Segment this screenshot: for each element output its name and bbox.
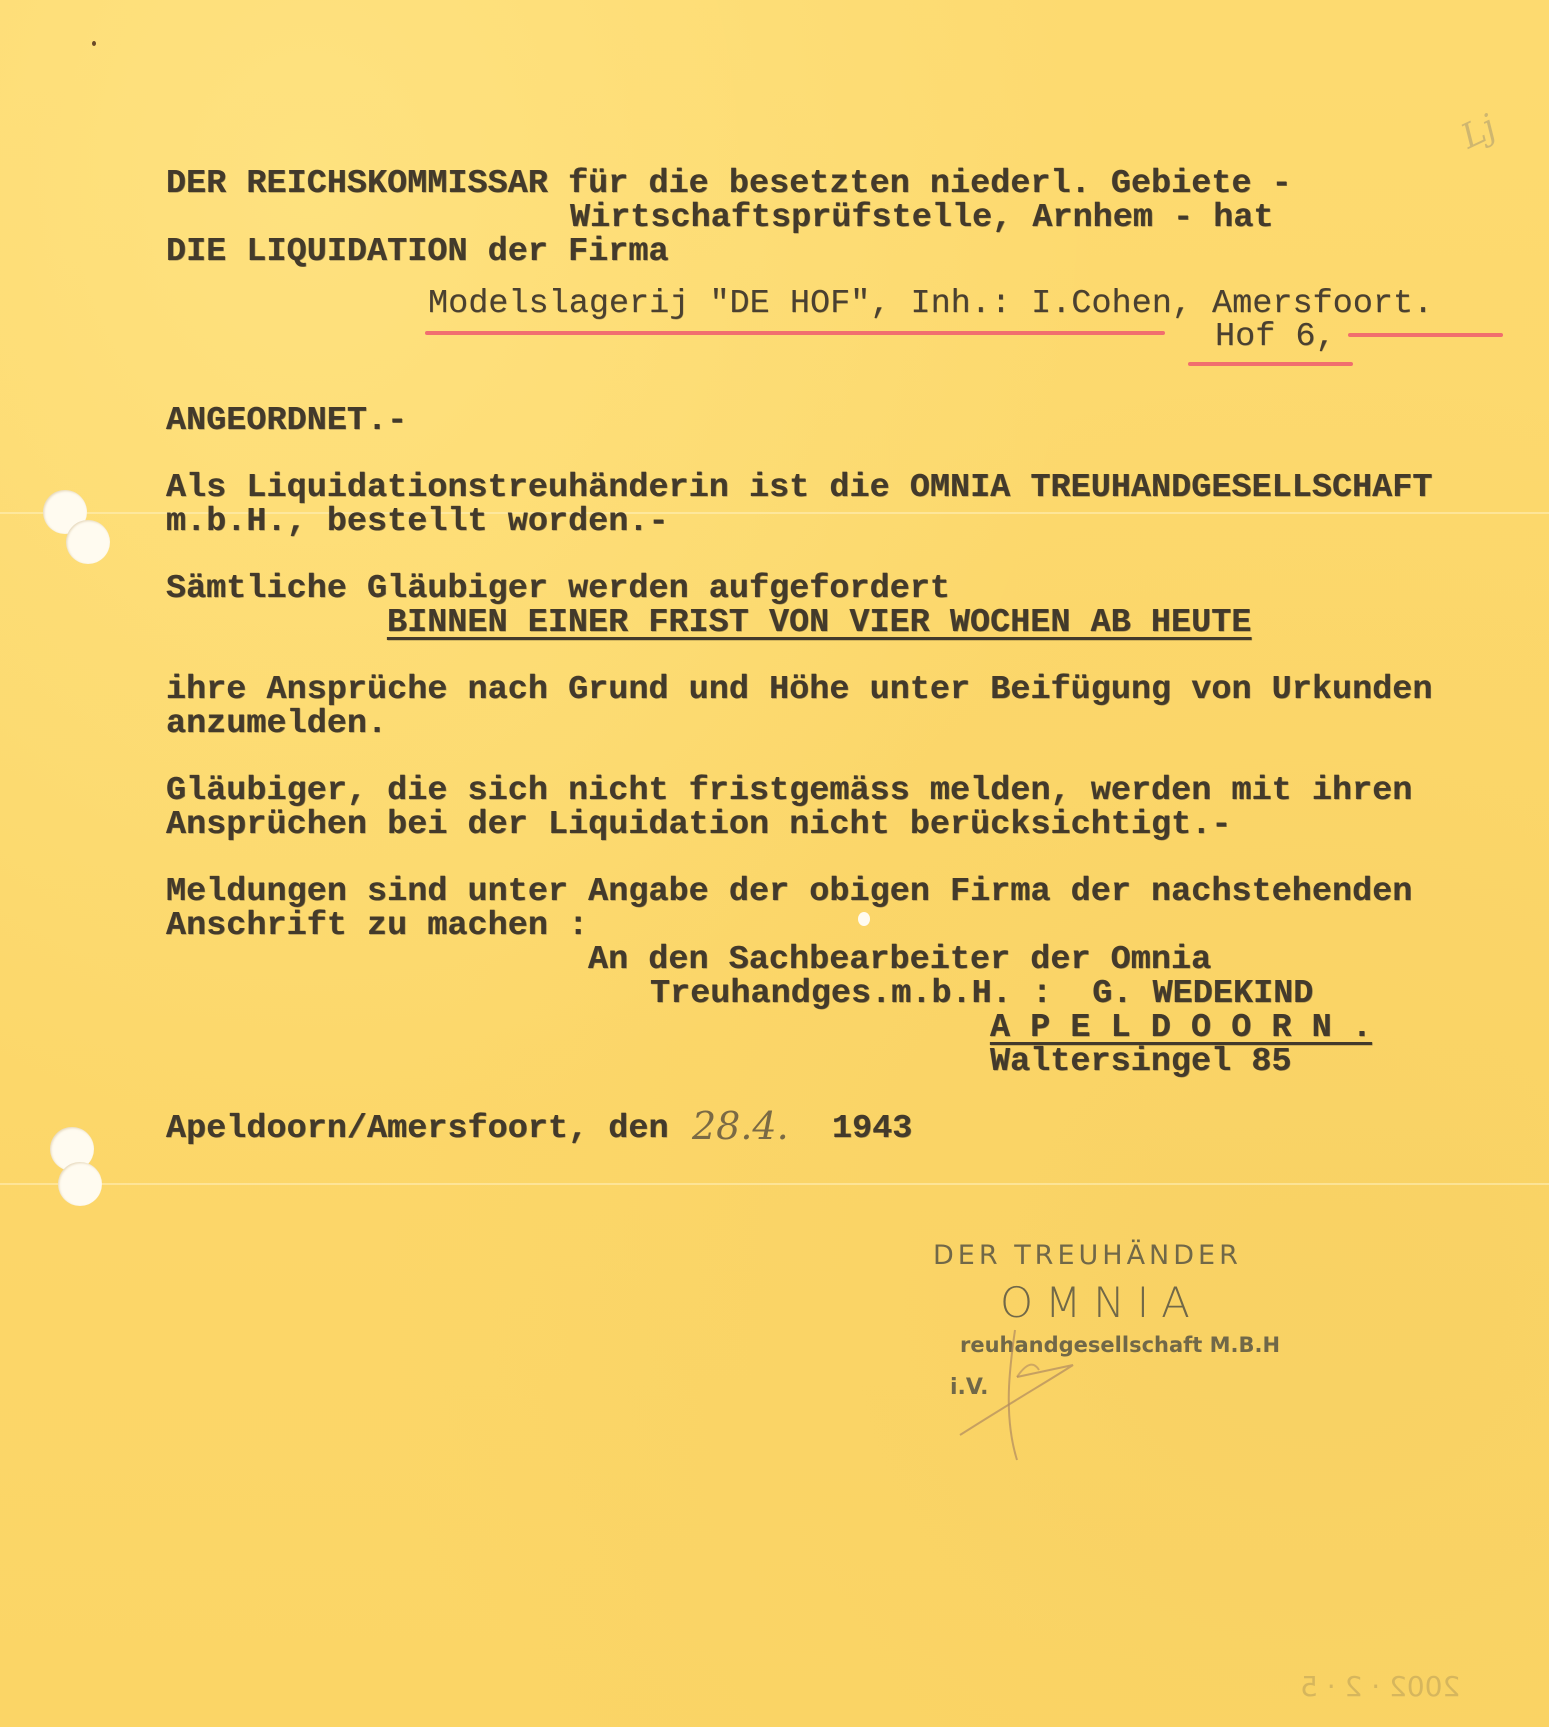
stamp-line-2: OMNIA [1000,1278,1202,1327]
header-line-2: Wirtschaftsprüfstelle, Arnhem - hat [570,201,1274,235]
paper-fold-lower [0,1183,1549,1185]
header-line-3: DIE LIQUIDATION der Firma [166,235,669,269]
date-prefix: Apeldoorn/Amersfoort, den [166,1112,669,1146]
ordered-heading: ANGEORDNET.- [166,404,407,438]
deadline-notice: BINNEN EINER FRIST VON VIER WOCHEN AB HE… [387,606,1251,640]
firm-address-red-underline [1188,362,1353,366]
claims-line-1: ihre Ansprüche nach Grund und Höhe unter… [166,673,1433,707]
claims-line-2: anzumelden. [166,707,387,741]
trustee-line-1: Als Liquidationstreuhänderin ist die OMN… [166,471,1433,505]
marginal-initials: Lj [1455,107,1502,157]
address-line-1: An den Sachbearbeiter der Omnia [588,943,1211,977]
address-city: A P E L D O O R N . [990,1011,1372,1045]
late-line-2: Ansprüchen bei der Liquidation nicht ber… [166,808,1231,842]
creditors-line-1: Sämtliche Gläubiger werden aufgefordert [166,572,950,606]
address-line-2: Treuhandges.m.b.H. : G. WEDEKIND [650,977,1313,1011]
header-line-1: DER REICHSKOMMISSAR für die besetzten ni… [166,167,1292,201]
pin-hole [858,912,870,926]
bleed-through-text: 2002 · 2 · 5 [1300,1670,1460,1703]
trustee-line-2: m.b.H., bestellt worden.- [166,505,669,539]
address-street: Waltersingel 85 [990,1045,1292,1079]
firm-address: Hof 6, [1215,320,1336,354]
firm-address-red-underline-right [1348,333,1503,337]
stamp-line-1: DER TREUHÄNDER [933,1240,1242,1271]
late-line-1: Gläubiger, die sich nicht fristgemäss me… [166,774,1412,808]
date-year: 1943 [832,1112,912,1146]
firm-name-red-underline [425,331,1165,335]
signature [955,1325,1105,1465]
date-handwritten: 28.4. [692,1104,789,1148]
firm-name: Modelslagerij "DE HOF", Inh.: I.Cohen, A… [428,287,1433,321]
ink-speck [92,41,96,46]
notice-line-2: Anschrift zu machen : [166,909,588,943]
notice-line-1: Meldungen sind unter Angabe der obigen F… [166,875,1412,909]
